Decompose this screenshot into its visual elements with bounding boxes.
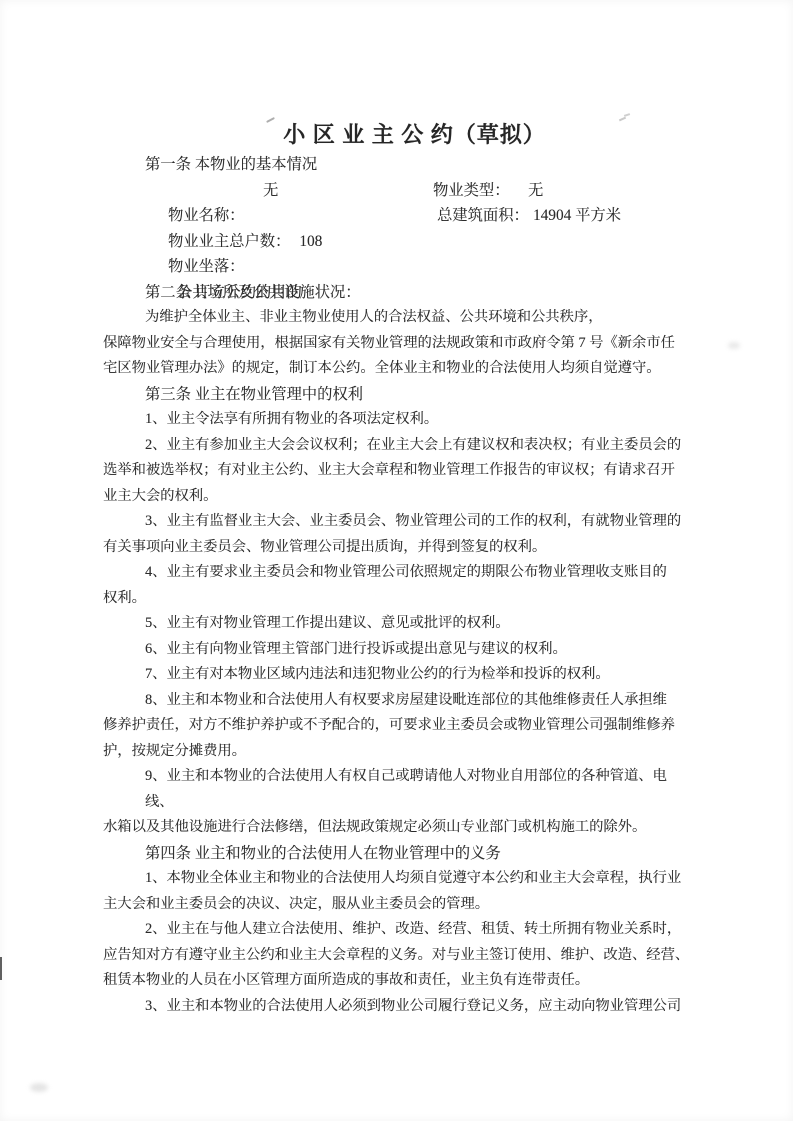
public-facilities-row: 公共场所及公共设施状况： (103, 254, 748, 280)
article2-heading: 第二条 订立公约的目的 (103, 280, 748, 306)
article3-line: 线、 (103, 790, 748, 816)
area-label: 总建筑面积： (437, 203, 529, 229)
article4-line: 3、业主和本物业的合法使用人必须到物业公司履行登记义务，应主动向物业管理公司 (103, 994, 748, 1020)
article3-heading: 第三条 业主在物业管理中的权利 (103, 382, 748, 408)
area-value: 14904 平方米 (533, 203, 621, 229)
article3-line: 2、业主有参加业主大会会议权利；在业主大会上有建议权和表决权；有业主委员会的 (103, 433, 748, 459)
households-area-row: 物业业主总户数：108 总建筑面积： 14904 平方米 (103, 203, 748, 229)
article3-line: 有关事项向业主委员会、物业管理公司提出质询，并得到签复的权利。 (103, 535, 748, 561)
article4-line: 2、业主在与他人建立合法使用、维护、改造、经营、租赁、转土所拥有物业关系时， (103, 917, 748, 943)
article3-line: 6、业主有向物业管理主管部门进行投诉或提出意见与建议的权利。 (103, 637, 748, 663)
scan-artifact-smudge-bottom (30, 1083, 48, 1092)
article3-line: 权利。 (103, 586, 748, 612)
article3-line: 3、业主有监督业主大会、业主委员会、物业管理公司的工作的权利，有就物业管理的 (103, 509, 748, 535)
property-type-label: 物业类型： (433, 178, 510, 204)
article4-line: 主大会和业主委员会的决议、决定，服从业主委员会的管理。 (103, 892, 748, 918)
article3-line: 5、业主有对物业管理工作提出建议、意见或批评的权利。 (103, 611, 748, 637)
property-name-value: 无 (263, 178, 278, 204)
property-name-row: 物业名称： 无 物业类型： 无 (103, 178, 748, 204)
article4-line: 应告知对方有遵守业主公约和业主大会章程的义务。对与业主签订使用、维护、改造、经营… (103, 943, 748, 969)
article3-line: 水箱以及其他设施进行合法修缮，但法规政策规定必须山专业部门或机构施工的除外。 (103, 815, 748, 841)
property-type-value: 无 (528, 178, 543, 204)
article3-line: 护，按规定分摊费用。 (103, 739, 748, 765)
article3-line: 9、业主和本物业的合法使用人有权自己或聘请他人对物业自用部位的各种管道、电 (103, 764, 748, 790)
document-page: 小 区 业 主 公 约（草拟） 第一条 本物业的基本情况 物业名称： 无 物业类… (0, 0, 793, 1121)
article2-line: 保障物业安全与合理使用，根据国家有关物业管理的法规政策和市政府令第 7 号《新余… (103, 331, 748, 357)
article1-heading: 第一条 本物业的基本情况 (103, 152, 748, 178)
article2-line: 宅区物业管理办法》的规定，制订本公约。全体业主和物业的合法使用人均须自觉遵守。 (103, 356, 748, 382)
location-row: 物业坐落： (103, 229, 748, 255)
article3-line: 7、业主有对本物业区域内违法和违犯物业公约的行为检举和投诉的权利。 (103, 662, 748, 688)
article4-line: 1、本物业全体业主和物业的合法使用人均须自觉遵守本公约和业主大会章程，执行业 (103, 866, 748, 892)
article4-heading: 第四条 业主和物业的合法使用人在物业管理中的义务 (103, 841, 748, 867)
article3-line: 业主大会的权利。 (103, 484, 748, 510)
article3-line: 8、业主和本物业和合法使用人有权要求房屋建设毗连部位的其他维修责任人承担维 (103, 688, 748, 714)
scan-artifact-edge-sliver (0, 957, 2, 980)
article3-line: 选举和被选举权；有对业主公约、业主大会章程和物业管理工作报告的审议权；有请求召开 (103, 458, 748, 484)
article2-line: 为维护全体业主、非业主物业使用人的合法权益、公共环境和公共秩序， (103, 305, 748, 331)
article3-line: 1、业主令法享有所拥有物业的各项法定权利。 (103, 407, 748, 433)
article3-line: 修养护责任，对方不维护养护或不予配合的，可要求业主委员会或物业管理公司强制维修养 (103, 713, 748, 739)
article3-line: 4、业主有要求业主委员会和物业管理公司依照规定的期限公布物业管理收支账目的 (103, 560, 748, 586)
document-body: 第一条 本物业的基本情况 物业名称： 无 物业类型： 无 物业业主总户数：108… (103, 152, 748, 1019)
article4-line: 租赁本物业的人员在小区管理方面所造成的事故和责任，业主负有连带责任。 (103, 968, 748, 994)
document-title: 小 区 业 主 公 约（草拟） (0, 118, 793, 149)
